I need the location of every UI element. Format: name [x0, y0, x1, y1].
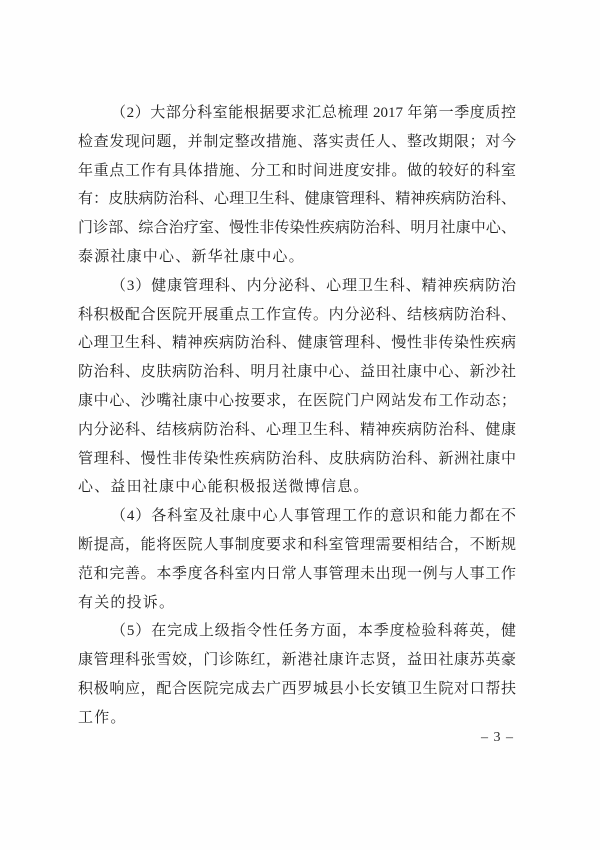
text-line: 心理卫生科、精神疾病防治科、健康管理科、慢性非传染性疾病 [78, 329, 516, 358]
text-line: 康管理科张雪姣，门诊陈红，新港社康许志贤，益田社康苏英豪 [78, 646, 516, 675]
text-line: 积极响应，配合医院完成去广西罗城县小长安镇卫生院对口帮扶 [78, 675, 516, 704]
paragraph-4: （4）各科室及社康中心人事管理工作的意识和能力都在不 断提高，能将医院人事制度要… [78, 502, 516, 617]
text-line: 范和完善。本季度各科室内日常人事管理未出现一例与人事工作 [78, 560, 516, 589]
paragraph-2: （2）大部分科室能根据要求汇总梳理 2017 年第一季度质控 检查发现问题，并制… [78, 99, 516, 272]
page-number: – 3 – [481, 728, 514, 748]
text-line: 内分泌科、结核病防治科、心理卫生科、精神疾病防治科、健康 [78, 416, 516, 445]
text-line: 防治科、皮肤病防治科、明月社康中心、益田社康中心、新沙社 [78, 358, 516, 387]
text-line: （2）大部分科室能根据要求汇总梳理 2017 年第一季度质控 [78, 99, 516, 128]
text-line: 工作。 [78, 704, 516, 733]
text-line: （3）健康管理科、内分泌科、心理卫生科、精神疾病防治 [78, 272, 516, 301]
text-line: 有关的投诉。 [78, 589, 516, 618]
text-line: 管理科、慢性非传染性疾病防治科、皮肤病防治科、新洲社康中 [78, 445, 516, 474]
text-line: 科积极配合医院开展重点工作宣传。内分泌科、结核病防治科、 [78, 301, 516, 330]
text-line: 检查发现问题，并制定整改措施、落实责任人、整改期限；对今 [78, 128, 516, 157]
text-line: 门诊部、综合治疗室、慢性非传染性疾病防治科、明月社康中心、 [78, 214, 516, 243]
text-line: （5）在完成上级指令性任务方面，本季度检验科蒋英，健 [78, 617, 516, 646]
paragraph-5: （5）在完成上级指令性任务方面，本季度检验科蒋英，健 康管理科张雪姣，门诊陈红，… [78, 617, 516, 732]
text-line: （4）各科室及社康中心人事管理工作的意识和能力都在不 [78, 502, 516, 531]
document-page: （2）大部分科室能根据要求汇总梳理 2017 年第一季度质控 检查发现问题，并制… [0, 0, 600, 850]
text-line: 泰源社康中心、新华社康中心。 [78, 243, 516, 272]
text-line: 断提高，能将医院人事制度要求和科室管理需要相结合，不断规 [78, 531, 516, 560]
text-line: 有：皮肤病防治科、心理卫生科、健康管理科、精神疾病防治科、 [78, 185, 516, 214]
paragraph-3: （3）健康管理科、内分泌科、心理卫生科、精神疾病防治 科积极配合医院开展重点工作… [78, 272, 516, 502]
text-line: 心、益田社康中心能积极报送微博信息。 [78, 473, 516, 502]
text-block: （2）大部分科室能根据要求汇总梳理 2017 年第一季度质控 检查发现问题，并制… [78, 99, 516, 733]
text-line: 康中心、沙嘴社康中心按要求，在医院门户网站发布工作动态； [78, 387, 516, 416]
text-line: 年重点工作有具体措施、分工和时间进度安排。做的较好的科室 [78, 157, 516, 186]
